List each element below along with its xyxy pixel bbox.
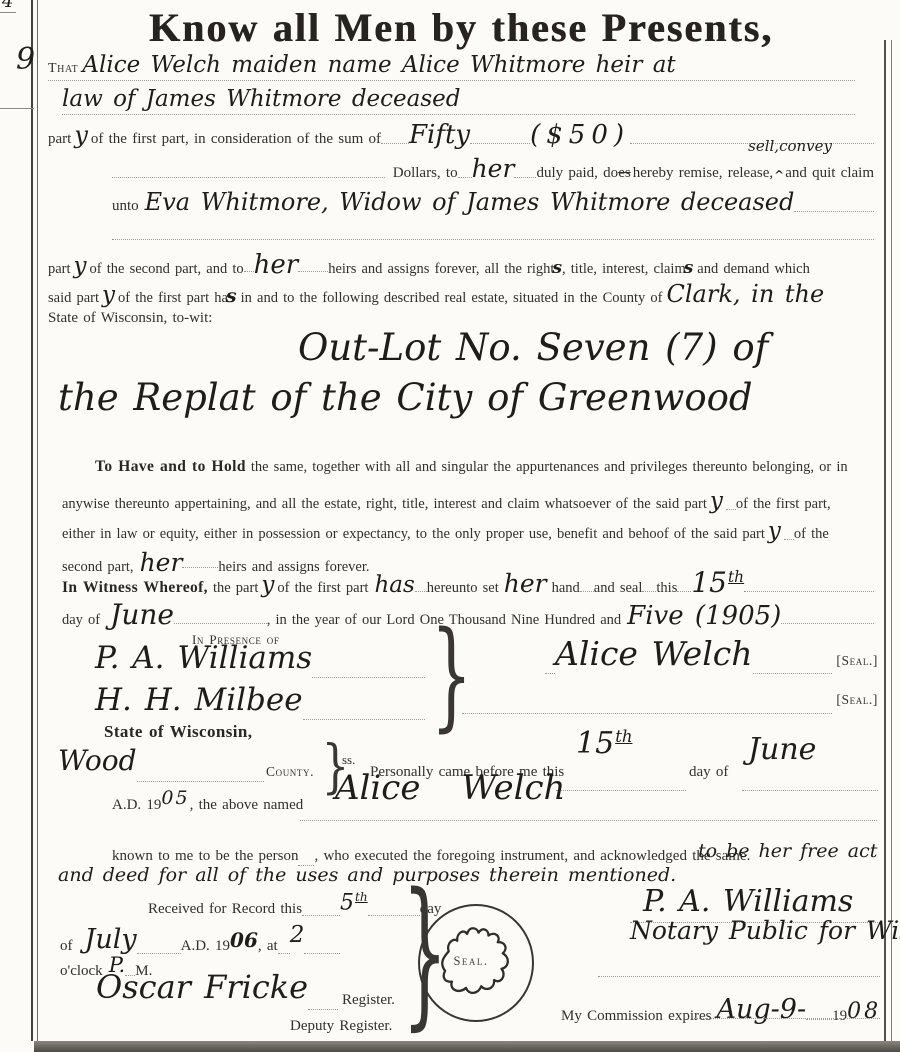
notary-signature-handwriting: P. A. Williams xyxy=(643,884,853,919)
state-towit-printed: State of Wisconsin, to-wit: xyxy=(48,310,212,327)
right-page-edge-thin xyxy=(891,40,892,1041)
blank-leader xyxy=(514,177,536,178)
witness-text: hereunto set xyxy=(427,580,499,597)
description-handwriting: the Replat of the City of Greenwood xyxy=(58,376,753,419)
day-of-label: day of xyxy=(689,764,728,781)
left-margin-rule-thin xyxy=(37,0,38,1041)
grantor-line-1: That Alice Welch maiden name Alice Whitm… xyxy=(48,52,676,79)
and-to-printed: of the second part, and to xyxy=(90,261,244,278)
has-handwritten: has xyxy=(374,572,414,598)
habendum-text: of the xyxy=(794,526,829,543)
witness-text: this xyxy=(656,580,677,597)
witness-clause-line-1: In Witness Whereof, the party of the fir… xyxy=(62,566,874,596)
grantor-name-handwriting: Alice Welch maiden name Alice Whitmore h… xyxy=(82,52,675,78)
blank-leader xyxy=(726,509,736,510)
day-of-text: day of xyxy=(689,764,728,781)
left-margin-rule-thick xyxy=(31,0,33,1041)
habendum-text: either in law or equity, either in posse… xyxy=(62,526,765,543)
received-for-record-line: Received for Record this 5th day xyxy=(148,894,441,920)
blank-line xyxy=(112,222,874,244)
grantor-line-2-handwriting: law of James Whitmore deceased xyxy=(62,86,461,112)
grantee-line: unto Eva Whitmore, Widow of James Whitmo… xyxy=(112,188,874,216)
corner-mark: 4 xyxy=(2,0,13,12)
added-s: s xyxy=(684,258,694,278)
dollars-line: Dollars, to her duly paid, does hereby r… xyxy=(112,154,874,182)
day-number-handwritten: 15th xyxy=(691,566,744,599)
witness-text: hand xyxy=(552,580,580,597)
dotted-rule xyxy=(62,114,855,115)
year-handwritten: 05 xyxy=(161,787,189,809)
has-printed: of the first part ha xyxy=(118,290,228,307)
that-label: That xyxy=(48,61,78,77)
free-act-text-2: and deed for all of the uses and purpose… xyxy=(58,864,676,886)
dotted-leader xyxy=(312,677,425,678)
habendum-text: the same, together with all and singular… xyxy=(251,459,848,476)
added-s: s xyxy=(552,258,562,278)
dotted-rule xyxy=(742,790,878,791)
known-printed-2: , who executed the foregoing instrument,… xyxy=(314,848,750,865)
notary-seal-stamp: Seal. xyxy=(418,904,534,1022)
overwritten-s: s xyxy=(226,285,237,307)
page-number: 9 xyxy=(16,42,35,77)
bottom-page-edge-band xyxy=(34,1041,900,1052)
ad-printed: A.D. 19 xyxy=(181,938,230,955)
commission-year-handwritten: 08 xyxy=(847,999,881,1024)
ad-printed: A.D. 19 xyxy=(112,797,161,814)
blank-leader xyxy=(642,591,656,592)
record-month-line: of July A.D. 19 06 , at 2 xyxy=(60,926,340,958)
witness-text: the part xyxy=(213,580,258,597)
property-description-line-2: the Replat of the City of Greenwood xyxy=(58,376,753,419)
said-part-printed: said part xyxy=(48,290,99,307)
county-label-text: County. xyxy=(266,764,314,780)
page-number-rule xyxy=(0,108,34,109)
habendum-line-b: anywise thereunto appertaining, and all … xyxy=(62,488,831,514)
county-label: County. xyxy=(266,764,314,780)
her-handwritten: her xyxy=(254,250,299,280)
date-number-text: 15 xyxy=(576,726,614,761)
dotted-rule xyxy=(48,80,855,81)
unto-printed: unto xyxy=(112,198,139,215)
dotted-leader xyxy=(744,591,874,592)
free-act-handwritten-2: and deed for all of the uses and purpose… xyxy=(58,864,676,886)
hereby-remise-printed: hereby remise, release, xyxy=(633,165,773,182)
register-label: Register. xyxy=(342,992,395,1009)
ack-name-text: Alice Welch xyxy=(335,768,565,808)
dotted-leader xyxy=(794,211,874,212)
above-named-printed: , the above named xyxy=(190,797,304,814)
witness2-signature-handwriting: H. H. Milbee xyxy=(95,682,303,718)
second-seal-line: [Seal.] xyxy=(462,692,878,718)
habendum-text: anywise thereunto appertaining, and all … xyxy=(62,496,707,513)
caret-mark: ^ xyxy=(774,168,784,182)
blank-leader xyxy=(580,591,594,592)
deputy-label-text: Deputy Register. xyxy=(290,1018,392,1035)
dotted-rule xyxy=(300,820,877,821)
ad-year-line: A.D. 19 05 , the above named xyxy=(112,792,303,824)
year-handwritten: Five (1905) xyxy=(627,601,781,631)
blank-leader xyxy=(458,177,472,178)
known-printed: known to me to be the person xyxy=(112,848,298,865)
record-hour-handwritten: 2 xyxy=(290,922,305,948)
description-handwriting: Out-Lot No. Seven (7) of xyxy=(298,326,768,369)
blank-leader xyxy=(302,915,340,916)
dotted-leader xyxy=(781,623,874,624)
record-month-handwritten: July xyxy=(85,924,137,955)
part-y-handwritten: y xyxy=(102,282,115,308)
part-y-handwritten: y xyxy=(261,572,274,598)
dotted-rule xyxy=(694,1018,880,1019)
free-act-handwritten-1: to be her free act xyxy=(698,840,877,862)
seal-bracket-label: [Seal.] xyxy=(836,692,878,708)
dollars-to-printed: Dollars, to xyxy=(393,165,458,182)
amount-figures: ($50) xyxy=(530,120,630,150)
register-signature-line: Oscar Fricke xyxy=(96,968,338,1014)
blank-leader xyxy=(470,143,530,144)
part-y-handwritten: y xyxy=(74,253,87,279)
of-label: of xyxy=(60,938,73,955)
right-page-edge-thick xyxy=(884,40,886,1041)
blank-leader xyxy=(545,673,555,674)
at-printed: , at xyxy=(258,938,278,955)
date-number: 15th xyxy=(576,726,632,761)
dotted-rule xyxy=(556,790,686,791)
record-day-ordinal: th xyxy=(355,890,368,904)
state-of-wisconsin-heading: State of Wisconsin, xyxy=(104,722,252,742)
witness-signature-2: H. H. Milbee xyxy=(95,682,425,724)
county-fill-line: Wood xyxy=(58,744,264,786)
commission-line: My Commission expires Aug-9- 19 08 xyxy=(561,996,881,1024)
record-year-handwritten: 06 xyxy=(230,928,258,952)
part-y-handwritten: y xyxy=(74,121,88,149)
record-day-handwritten: 5th xyxy=(340,890,368,915)
state-blackletter: State of Wisconsin, xyxy=(104,722,252,742)
day-ordinal: th xyxy=(728,568,744,586)
month-handwritten: June xyxy=(110,598,174,631)
county-handwriting: Clark, in the xyxy=(667,280,825,308)
blank-leader xyxy=(278,953,290,954)
dotted-leader xyxy=(112,239,874,240)
habendum-text: of the first part, xyxy=(736,496,831,513)
ack-month-handwritten: June xyxy=(748,732,816,767)
notary-title-handwriting: Notary Public for Wisconsin xyxy=(630,916,900,945)
witness-text: day of xyxy=(62,612,100,629)
title-interest-printed: , title, interest, claim xyxy=(562,261,686,278)
deed-document-page: 4 9 Know all Men by these Presents, That… xyxy=(0,0,900,1052)
deputy-register-label: Deputy Register. xyxy=(290,1018,392,1035)
register-label-text: Register. xyxy=(342,992,395,1009)
notary-signature: P. A. Williams xyxy=(643,884,853,919)
witness1-signature-handwriting: P. A. Williams xyxy=(95,640,312,676)
ack-name-handwritten: Alice Welch xyxy=(335,768,565,808)
part-word: part xyxy=(48,131,71,148)
dotted-leader xyxy=(308,1009,338,1010)
grantor-signature-handwriting: Alice Welch xyxy=(555,634,753,673)
dotted-leader xyxy=(137,781,264,782)
grantee-handwriting: Eva Whitmore, Widow of James Whitmore de… xyxy=(145,188,795,216)
blank-leader xyxy=(244,271,254,272)
struck-es: es xyxy=(618,165,631,182)
second-part-line-1: party of the second part, and to her hei… xyxy=(48,250,874,276)
received-printed: Received for Record this xyxy=(148,901,302,918)
seal-label: Seal. xyxy=(422,954,520,969)
part-y-handwritten: y xyxy=(710,488,723,514)
blank-leader xyxy=(298,271,328,272)
to-have-and-to-hold-blackletter: To Have and to Hold xyxy=(95,458,246,476)
state-towit-line: State of Wisconsin, to-wit: xyxy=(48,310,212,327)
seal-bracket-label: [Seal.] xyxy=(836,653,878,669)
ss-text: ss. xyxy=(342,752,355,768)
blank-leader xyxy=(415,591,427,592)
duly-paid-printed: duly paid, do xyxy=(536,165,618,182)
page-number-text: 9 xyxy=(16,42,35,77)
quit-claim-printed: and quit claim xyxy=(785,165,874,182)
dotted-leader xyxy=(112,177,385,178)
record-day-number: 5 xyxy=(340,890,354,915)
second-part-line-2: said party of the first part has in and … xyxy=(48,280,824,306)
county-name-handwriting: Wood xyxy=(58,744,137,777)
day-number: 15 xyxy=(691,566,727,599)
dotted-rule xyxy=(598,976,880,977)
dotted-leader xyxy=(753,673,833,674)
deed-title: Know all Men by these Presents, xyxy=(80,4,842,51)
sell-convey-insertion: sell,convey xyxy=(748,137,832,155)
ss-label: ss. xyxy=(342,752,355,768)
amount-words: Fifty xyxy=(409,120,470,150)
witness-signature-1: P. A. Williams xyxy=(95,640,425,682)
in-witness-whereof-blackletter: In Witness Whereof, xyxy=(62,579,208,597)
witness-text: and seal xyxy=(594,580,643,597)
habendum-line-c: either in law or equity, either in posse… xyxy=(62,518,829,544)
consideration-printed: of the first part, in consideration of t… xyxy=(91,131,381,148)
part-word: part xyxy=(48,261,71,278)
blank-leader xyxy=(677,591,691,592)
blank-leader xyxy=(806,1019,832,1020)
grantor-line-2: law of James Whitmore deceased xyxy=(62,86,461,113)
month-text: June xyxy=(748,732,816,767)
corner-mark-text: 4 xyxy=(2,0,13,12)
property-description-line-1: Out-Lot No. Seven (7) of xyxy=(298,326,768,369)
blank-leader xyxy=(137,953,181,954)
free-act-text: to be her free act xyxy=(698,840,877,862)
habendum-line-a: To Have and to Hold the same, together w… xyxy=(95,458,848,476)
ack-date-handwritten: 15th xyxy=(576,726,632,761)
blank-leader xyxy=(784,539,794,540)
paid-to-her: her xyxy=(472,154,515,183)
her-handwritten: her xyxy=(504,569,547,598)
commission-printed: My Commission expires xyxy=(561,1008,712,1025)
estate-printed: in and to the following described real e… xyxy=(241,290,663,307)
blank-leader xyxy=(381,143,409,144)
witness-text: of the first part xyxy=(277,580,368,597)
part-y-handwritten: y xyxy=(768,518,781,544)
date-ordinal: th xyxy=(615,727,632,746)
commission-expiry-handwritten: Aug-9- xyxy=(717,994,807,1025)
heirs-printed: heirs and assigns forever, all the right xyxy=(328,261,554,278)
dotted-leader xyxy=(462,713,832,714)
corner-mark-rule xyxy=(0,12,16,13)
dotted-leader xyxy=(303,719,425,720)
demand-printed: and demand which xyxy=(697,261,810,278)
commission-year-printed: 19 xyxy=(832,1008,847,1025)
register-signature-handwriting: Oscar Fricke xyxy=(96,968,308,1006)
notary-title: Notary Public for Wisconsin xyxy=(630,916,900,945)
grantor-signature-line: Alice Welch [Seal.] xyxy=(545,634,878,678)
blank-leader xyxy=(304,953,340,954)
dotted-leader xyxy=(174,623,267,624)
